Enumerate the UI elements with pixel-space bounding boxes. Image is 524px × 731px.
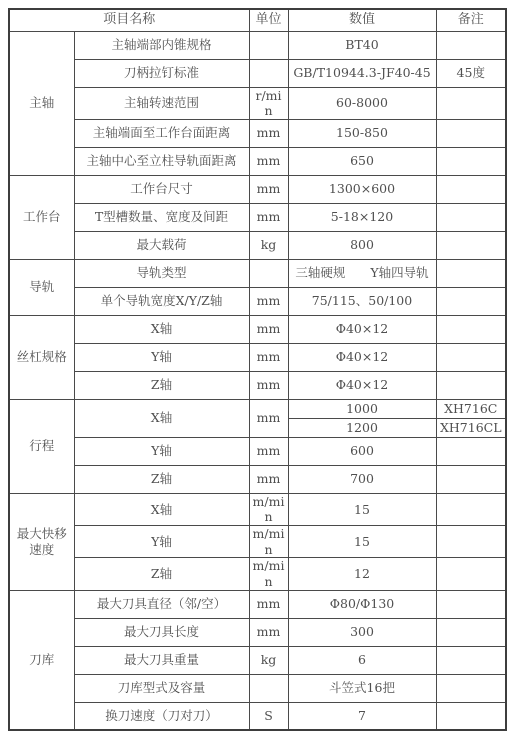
remark-cell bbox=[436, 231, 506, 259]
remark-cell bbox=[436, 646, 506, 674]
unit-cell bbox=[249, 259, 288, 287]
item-cell: Y轴 bbox=[74, 343, 249, 371]
table-row: Y轴 mm Φ40×12 bbox=[9, 343, 506, 371]
remark-cell: XH716CL bbox=[436, 418, 506, 437]
remark-cell bbox=[436, 287, 506, 315]
spec-sheet: 项目名称 单位 数值 备注 主轴 主轴端部内锥规格 BT40 刀柄拉钉标准 GB… bbox=[8, 8, 507, 731]
table-row: 主轴转速范围 r/min 60-8000 bbox=[9, 87, 506, 119]
unit-cell: mm bbox=[249, 437, 288, 465]
value-cell: 1300×600 bbox=[288, 175, 436, 203]
table-row: 主轴 主轴端部内锥规格 BT40 bbox=[9, 31, 506, 59]
value-cell: 5-18×120 bbox=[288, 203, 436, 231]
value-cell: 6 bbox=[288, 646, 436, 674]
remark-cell bbox=[436, 259, 506, 287]
header-item-name: 项目名称 bbox=[9, 9, 249, 31]
remark-cell bbox=[436, 674, 506, 702]
value-cell: 800 bbox=[288, 231, 436, 259]
item-cell: Y轴 bbox=[74, 437, 249, 465]
value-cell: GB/T10944.3-JF40-45 bbox=[288, 59, 436, 87]
unit-cell: mm bbox=[249, 371, 288, 399]
value-cell: 60-8000 bbox=[288, 87, 436, 119]
unit-cell: mm bbox=[249, 465, 288, 493]
value-cell: 150-850 bbox=[288, 119, 436, 147]
value-cell: 700 bbox=[288, 465, 436, 493]
value-cell: 15 bbox=[288, 526, 436, 558]
item-cell: X轴 bbox=[74, 493, 249, 525]
table-row: 主轴端面至工作台面距离 mm 150-850 bbox=[9, 119, 506, 147]
unit-cell: kg bbox=[249, 646, 288, 674]
item-cell: Z轴 bbox=[74, 465, 249, 493]
table-row: 刀库型式及容量 斗笠式16把 bbox=[9, 674, 506, 702]
remark-cell bbox=[436, 203, 506, 231]
remark-cell bbox=[436, 590, 506, 618]
item-cell: 工作台尺寸 bbox=[74, 175, 249, 203]
remark-cell bbox=[436, 87, 506, 119]
unit-cell: mm bbox=[249, 399, 288, 437]
item-cell: Z轴 bbox=[74, 371, 249, 399]
item-cell: 最大载荷 bbox=[74, 231, 249, 259]
unit-cell: m/min bbox=[249, 558, 288, 590]
table-row: 最大刀具重量 kg 6 bbox=[9, 646, 506, 674]
table-row: T型槽数量、宽度及间距 mm 5-18×120 bbox=[9, 203, 506, 231]
remark-cell bbox=[436, 371, 506, 399]
remark-cell bbox=[436, 465, 506, 493]
item-cell: 刀柄拉钉标准 bbox=[74, 59, 249, 87]
remark-cell bbox=[436, 437, 506, 465]
unit-cell: mm bbox=[249, 343, 288, 371]
value-cell: 12 bbox=[288, 558, 436, 590]
value-cell: Φ40×12 bbox=[288, 315, 436, 343]
item-cell: T型槽数量、宽度及间距 bbox=[74, 203, 249, 231]
value-cell: 75/115、50/100 bbox=[288, 287, 436, 315]
header-row: 项目名称 单位 数值 备注 bbox=[9, 9, 506, 31]
unit-cell: mm bbox=[249, 618, 288, 646]
table-row: 换刀速度（刀对刀） S 7 bbox=[9, 702, 506, 730]
remark-cell: 45度 bbox=[436, 59, 506, 87]
table-row: Z轴 mm 700 bbox=[9, 465, 506, 493]
unit-cell: m/min bbox=[249, 493, 288, 525]
table-row: 单个导轨宽度X/Y/Z轴 mm 75/115、50/100 bbox=[9, 287, 506, 315]
value-cell: Φ40×12 bbox=[288, 343, 436, 371]
remark-cell bbox=[436, 175, 506, 203]
unit-cell: mm bbox=[249, 147, 288, 175]
header-remark: 备注 bbox=[436, 9, 506, 31]
group-label-ballscrew: 丝杠规格 bbox=[9, 315, 74, 399]
table-row: Z轴 mm Φ40×12 bbox=[9, 371, 506, 399]
item-cell: 主轴中心至立柱导轨面距离 bbox=[74, 147, 249, 175]
table-row: Y轴 m/min 15 bbox=[9, 526, 506, 558]
item-cell: Z轴 bbox=[74, 558, 249, 590]
spec-table: 项目名称 单位 数值 备注 主轴 主轴端部内锥规格 BT40 刀柄拉钉标准 GB… bbox=[8, 8, 507, 731]
header-value: 数值 bbox=[288, 9, 436, 31]
table-row: Y轴 mm 600 bbox=[9, 437, 506, 465]
remark-cell bbox=[436, 315, 506, 343]
unit-cell bbox=[249, 31, 288, 59]
unit-cell bbox=[249, 59, 288, 87]
value-cell: 1000 bbox=[288, 399, 436, 418]
unit-cell: mm bbox=[249, 590, 288, 618]
item-cell: 最大刀具长度 bbox=[74, 618, 249, 646]
unit-cell: S bbox=[249, 702, 288, 730]
table-row: 最大刀具长度 mm 300 bbox=[9, 618, 506, 646]
unit-cell: mm bbox=[249, 315, 288, 343]
value-cell: 15 bbox=[288, 493, 436, 525]
unit-cell: m/min bbox=[249, 526, 288, 558]
item-cell: 换刀速度（刀对刀） bbox=[74, 702, 249, 730]
remark-cell bbox=[436, 702, 506, 730]
value-cell: 三轴硬规 Y轴四导轨 bbox=[288, 259, 436, 287]
remark-cell bbox=[436, 526, 506, 558]
item-cell: Y轴 bbox=[74, 526, 249, 558]
table-row: Z轴 m/min 12 bbox=[9, 558, 506, 590]
unit-cell: mm bbox=[249, 119, 288, 147]
item-cell: 主轴端部内锥规格 bbox=[74, 31, 249, 59]
value-cell: 650 bbox=[288, 147, 436, 175]
item-cell: 主轴转速范围 bbox=[74, 87, 249, 119]
table-row: 行程 X轴 mm 1000 XH716C bbox=[9, 399, 506, 418]
table-row: 主轴中心至立柱导轨面距离 mm 650 bbox=[9, 147, 506, 175]
table-row: 工作台 工作台尺寸 mm 1300×600 bbox=[9, 175, 506, 203]
item-cell: 刀库型式及容量 bbox=[74, 674, 249, 702]
remark-cell bbox=[436, 558, 506, 590]
unit-cell: mm bbox=[249, 175, 288, 203]
remark-cell bbox=[436, 31, 506, 59]
group-label-guideways: 导轨 bbox=[9, 259, 74, 315]
table-row: 丝杠规格 X轴 mm Φ40×12 bbox=[9, 315, 506, 343]
table-row: 导轨 导轨类型 三轴硬规 Y轴四导轨 bbox=[9, 259, 506, 287]
group-label-spindle: 主轴 bbox=[9, 31, 74, 175]
group-label-tool-magazine: 刀库 bbox=[9, 590, 74, 730]
table-row: 最大快移速度 X轴 m/min 15 bbox=[9, 493, 506, 525]
item-cell: 主轴端面至工作台面距离 bbox=[74, 119, 249, 147]
unit-cell: mm bbox=[249, 203, 288, 231]
remark-cell bbox=[436, 618, 506, 646]
item-cell: 单个导轨宽度X/Y/Z轴 bbox=[74, 287, 249, 315]
value-cell: BT40 bbox=[288, 31, 436, 59]
group-label-rapid-speed: 最大快移速度 bbox=[9, 493, 74, 590]
remark-cell: XH716C bbox=[436, 399, 506, 418]
unit-cell: mm bbox=[249, 287, 288, 315]
unit-cell: kg bbox=[249, 231, 288, 259]
value-cell: 1200 bbox=[288, 418, 436, 437]
value-cell: 300 bbox=[288, 618, 436, 646]
item-cell: X轴 bbox=[74, 399, 249, 437]
unit-cell: r/min bbox=[249, 87, 288, 119]
unit-cell bbox=[249, 674, 288, 702]
item-cell: 最大刀具直径（邻/空） bbox=[74, 590, 249, 618]
value-cell: 600 bbox=[288, 437, 436, 465]
item-cell: X轴 bbox=[74, 315, 249, 343]
value-cell: Φ40×12 bbox=[288, 371, 436, 399]
header-unit: 单位 bbox=[249, 9, 288, 31]
table-row: 刀柄拉钉标准 GB/T10944.3-JF40-45 45度 bbox=[9, 59, 506, 87]
remark-cell bbox=[436, 493, 506, 525]
remark-cell bbox=[436, 147, 506, 175]
remark-cell bbox=[436, 119, 506, 147]
value-cell: 7 bbox=[288, 702, 436, 730]
table-row: 刀库 最大刀具直径（邻/空） mm Φ80/Φ130 bbox=[9, 590, 506, 618]
value-cell: Φ80/Φ130 bbox=[288, 590, 436, 618]
value-cell: 斗笠式16把 bbox=[288, 674, 436, 702]
remark-cell bbox=[436, 343, 506, 371]
item-cell: 最大刀具重量 bbox=[74, 646, 249, 674]
table-row: 最大载荷 kg 800 bbox=[9, 231, 506, 259]
group-label-worktable: 工作台 bbox=[9, 175, 74, 259]
group-label-travel: 行程 bbox=[9, 399, 74, 493]
item-cell: 导轨类型 bbox=[74, 259, 249, 287]
